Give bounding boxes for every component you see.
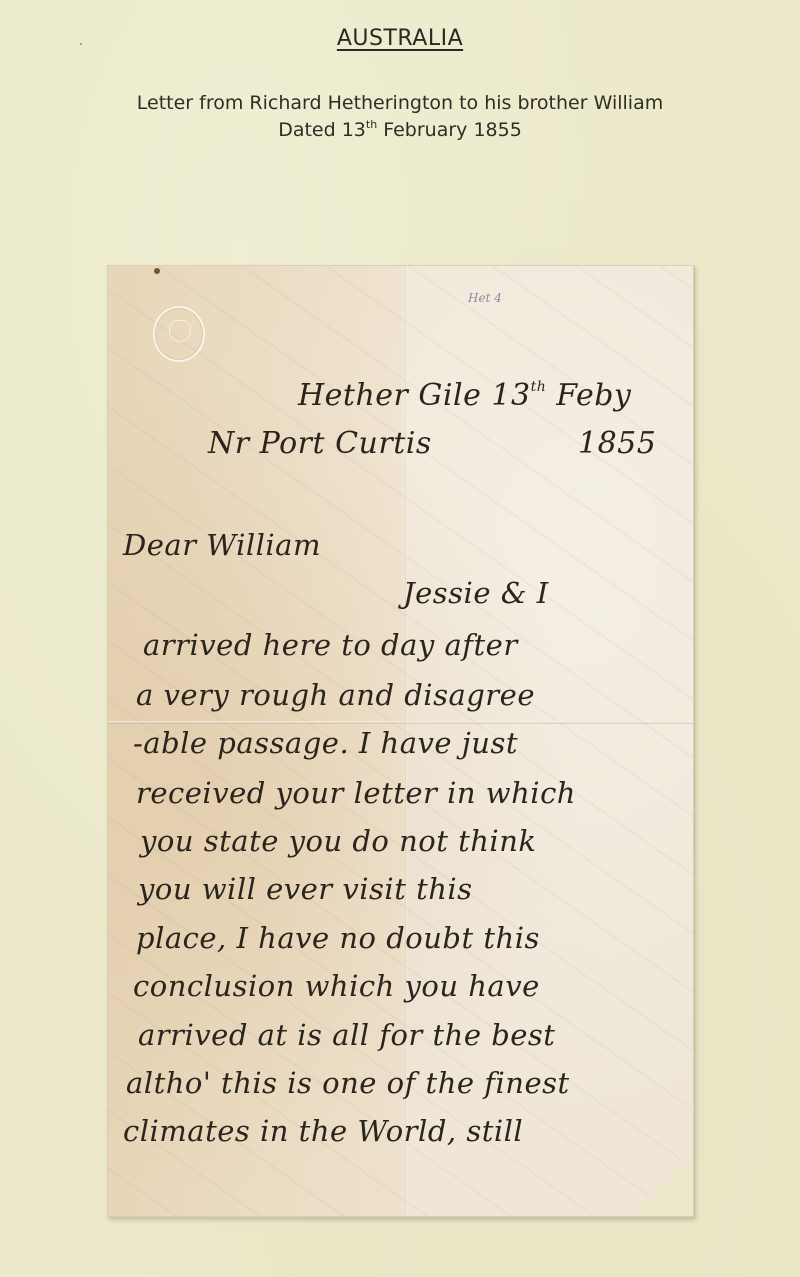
letter-line: you state you do not think: [140, 824, 536, 858]
caption-line-1: Letter from Richard Hetherington to his …: [0, 90, 800, 117]
letter-place: Hether Gile 13th Feby: [298, 378, 631, 413]
caption-date-prefix: Dated 13: [278, 119, 366, 141]
location-text: Port Curtis: [260, 426, 432, 461]
letter-year: 1855: [578, 426, 656, 461]
letter-line: -able passage. I have just: [133, 726, 518, 760]
letter-line: arrived here to day after: [143, 628, 518, 662]
letter-line: climates in the World, still: [123, 1114, 523, 1148]
letter-line: place, I have no doubt this: [136, 921, 540, 955]
letter-line: altho' this is one of the finest: [126, 1066, 570, 1100]
location-prefix: Nr: [208, 426, 250, 461]
letter-line: a very rough and disagree: [136, 678, 535, 712]
folded-corner: [633, 1156, 693, 1216]
letter-line: Jessie & I: [403, 576, 549, 610]
caption-date-suffix: February 1855: [377, 119, 522, 141]
caption-line-2: Dated 13th February 1855: [0, 117, 800, 144]
horizontal-fold: [108, 721, 693, 724]
pencil-annotation: Het 4: [468, 291, 502, 305]
letter-line: conclusion which you have: [133, 969, 540, 1003]
letter-line: arrived at is all for the best: [138, 1018, 555, 1052]
page-title: AUSTRALIA: [0, 26, 800, 51]
letter-line: received your letter in which: [136, 776, 576, 810]
album-page: AUSTRALIA Letter from Richard Hetheringt…: [0, 0, 800, 1277]
letter-line: you will ever visit this: [138, 872, 473, 906]
letter-location: Nr Port Curtis: [208, 426, 432, 461]
month-text: Feby: [556, 378, 631, 413]
salutation: Dear William: [123, 528, 321, 562]
letter-image: Het 4 Hether Gile 13th Feby Nr Port Curt…: [107, 265, 694, 1217]
page-title-text: AUSTRALIA: [337, 26, 463, 51]
caption: Letter from Richard Hetherington to his …: [0, 90, 800, 144]
day-sup: th: [531, 379, 547, 395]
caption-date-sup: th: [366, 118, 377, 131]
embossed-seal-icon: [153, 306, 205, 362]
ink-spot: [154, 268, 160, 274]
place-text: Hether Gile: [298, 378, 481, 413]
day-text: 13: [491, 378, 530, 413]
